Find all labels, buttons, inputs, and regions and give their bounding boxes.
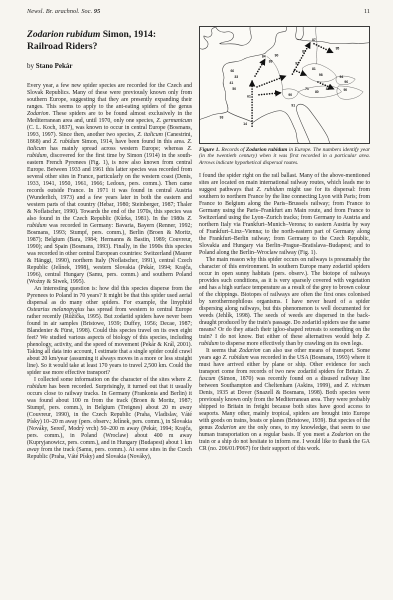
border-germany-east: [316, 27, 317, 64]
record-year-label: 14: [243, 122, 247, 126]
text-run: has mainly spread across western Europe;…: [46, 146, 187, 152]
text-run: (Couvreur, 1990), in the Czech Republic …: [27, 412, 192, 446]
text-run: Zodarion: [239, 348, 261, 354]
record-year-label: 50: [232, 87, 236, 91]
page-number: 11: [364, 8, 370, 15]
dispersal-route-arrow: [294, 70, 306, 75]
record-year-label: 90: [343, 88, 347, 92]
record-year-label: 96: [344, 80, 348, 84]
dispersal-route-arrow: [255, 59, 265, 76]
text-run: to disperse more effectively than by cra…: [219, 341, 363, 347]
dispersal-route-arrow: [292, 43, 310, 74]
article-byline: by Stano Pekár: [27, 62, 192, 70]
europe-map-svg: 6633415061149384899092878795819894967180…: [200, 27, 369, 143]
text-run: Newsl. Br. arachnol. Soc.: [27, 8, 94, 15]
text-run: Every year, a few new spider species are…: [27, 83, 192, 110]
record-year-label: 84: [262, 54, 266, 58]
record-year-label: 95: [336, 47, 340, 51]
record-year-label: 33: [234, 75, 238, 79]
text-run: away: [27, 447, 39, 453]
text-run: Stano Pekár: [36, 62, 73, 70]
record-year-label: 89: [269, 59, 273, 63]
record-year-label: 93: [220, 115, 224, 119]
text-run: has been recorded. Surprisingly, it turn…: [27, 384, 192, 411]
text-run: away: [180, 405, 192, 411]
text-run: Zodarion: [215, 425, 237, 431]
text-run: Z. rubidum: [53, 139, 79, 145]
record-year-label: 92: [295, 61, 299, 65]
text-run: Z. germanicum: [156, 118, 192, 124]
text-run: Zodarion rubidum: [27, 29, 100, 40]
record-year-label: 91: [291, 104, 295, 108]
text-run: Simon, 1914, have been found in this are…: [80, 139, 188, 145]
journal-page: Newsl. Br. arachnol. Soc. 95 11 Zodarion…: [0, 0, 393, 600]
figure-map: 6633415061149384899092878795819894967180…: [199, 26, 370, 144]
record-year-label: 87: [326, 87, 330, 91]
coastline-britain: [200, 27, 251, 49]
text-run: 95: [94, 8, 100, 15]
record-year-label: 90: [288, 93, 292, 97]
text-run: It seems that: [206, 348, 239, 354]
text-run: from the track (Samu, pers. comm.). At s…: [27, 447, 192, 460]
text-run: Z. rubidum: [223, 355, 249, 361]
text-run: Z. rubidum: [257, 187, 285, 193]
record-year-label: 80: [315, 90, 319, 94]
paragraph-other-transport: It seems that Zodarion can also use othe…: [199, 348, 370, 453]
record-year-label: 98: [319, 73, 323, 77]
paragraph-rail-routes: I found the spider right on the rail bal…: [199, 173, 370, 257]
paragraph-intro: Every year, a few new spider species are…: [27, 83, 192, 286]
record-year-label: 87: [302, 50, 306, 54]
paragraph-railway-habitat: The main reason why this spider occurs o…: [199, 257, 370, 348]
record-year-label: 61: [247, 95, 251, 99]
coastline-adriatic: [296, 104, 329, 143]
article-title: Zodarion rubidum Simon, 1914: Railroad R…: [27, 29, 192, 52]
coastline-denmark-baltic: [296, 27, 369, 44]
text-run: Z. vicinum: [345, 383, 370, 389]
text-run: , discovered for the first time by Simon…: [27, 153, 192, 222]
right-column: 6633415061149384899092878795819894967180…: [199, 26, 370, 453]
figure-caption: Figure 1. Records of Zodarion rubidum in…: [199, 147, 370, 167]
record-year-label: 87: [312, 38, 316, 42]
border-pyrenees: [228, 111, 254, 122]
text-run: Zodarion: [331, 432, 353, 438]
text-run: The main reason why this spider occurs o…: [199, 257, 370, 340]
text-run: Zodarion: [27, 111, 49, 117]
text-run: Z. italicum: [137, 132, 163, 138]
text-run: was recorded in Germany: Bavaria, Bayern…: [27, 223, 192, 285]
text-run: I collected some information on the char…: [34, 377, 187, 383]
coastline-lowlands: [265, 27, 287, 54]
text-run: Ostearius melanopygius: [27, 307, 84, 313]
record-year-label: 94: [340, 75, 344, 79]
journal-reference: Newsl. Br. arachnol. Soc. 95: [27, 8, 100, 15]
paragraph-railway-sites: I collected some information on the char…: [27, 377, 192, 461]
text-run: An interesting question is: how did this…: [27, 286, 192, 306]
coastline-mediterranean-italy: [228, 111, 299, 143]
left-column: Zodarion rubidum Simon, 1914: Railroad R…: [27, 26, 192, 461]
record-year-label: 81: [312, 67, 316, 71]
two-column-layout: Zodarion rubidum Simon, 1914: Railroad R…: [27, 26, 370, 461]
text-run: might use for its dispersal: from southe…: [199, 187, 370, 256]
text-run: has spread from western to central Europ…: [27, 307, 192, 376]
paragraph-dispersal-question: An interesting question is: how did this…: [27, 286, 192, 377]
dispersal-route-arrow: [259, 93, 281, 95]
record-year-label: 41: [229, 81, 233, 85]
border-hungary: [337, 86, 363, 99]
page-header: Newsl. Br. arachnol. Soc. 95 11: [27, 8, 370, 15]
record-year-label: 66: [230, 69, 234, 73]
record-year-label: 90: [275, 53, 279, 57]
record-year-label: 71: [305, 87, 309, 91]
text-run: by: [27, 62, 36, 70]
